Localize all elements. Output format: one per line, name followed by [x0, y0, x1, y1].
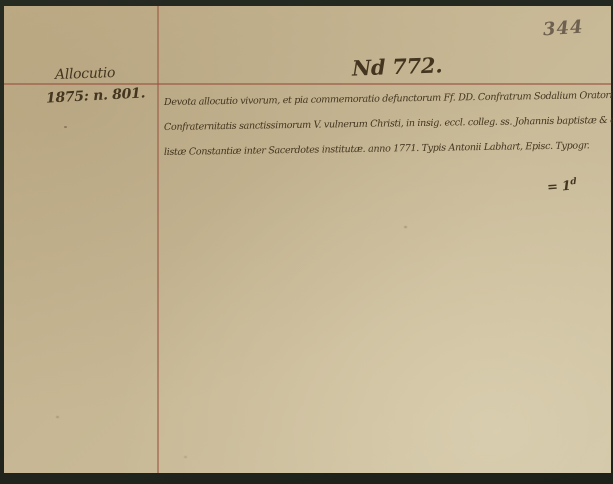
paper-speck: [64, 126, 67, 128]
vertical-rule: [157, 6, 159, 473]
entry-line: listæ Constantiæ inter Sacerdotes instit…: [164, 140, 590, 158]
catalog-card: Allocutio 1875: n. 801. Nd 772. 344 Devo…: [4, 6, 611, 473]
pencil-number: 344: [542, 17, 584, 41]
shelfmark: Nd 772.: [352, 52, 443, 80]
horizontal-rule: [4, 83, 611, 85]
price: = 1d: [546, 177, 577, 195]
subject-heading: Allocutio: [55, 65, 116, 83]
price-unit: d: [570, 177, 577, 187]
entry-line: Devota allocutio vivorum, et pia commemo…: [164, 90, 613, 108]
catalog-card-scan: Allocutio 1875: n. 801. Nd 772. 344 Devo…: [0, 0, 613, 484]
entry-line: Confraternitatis sanctissimorum V. vulne…: [164, 114, 613, 133]
price-value: = 1: [547, 179, 572, 196]
year-reference: 1875: n. 801.: [46, 85, 146, 106]
